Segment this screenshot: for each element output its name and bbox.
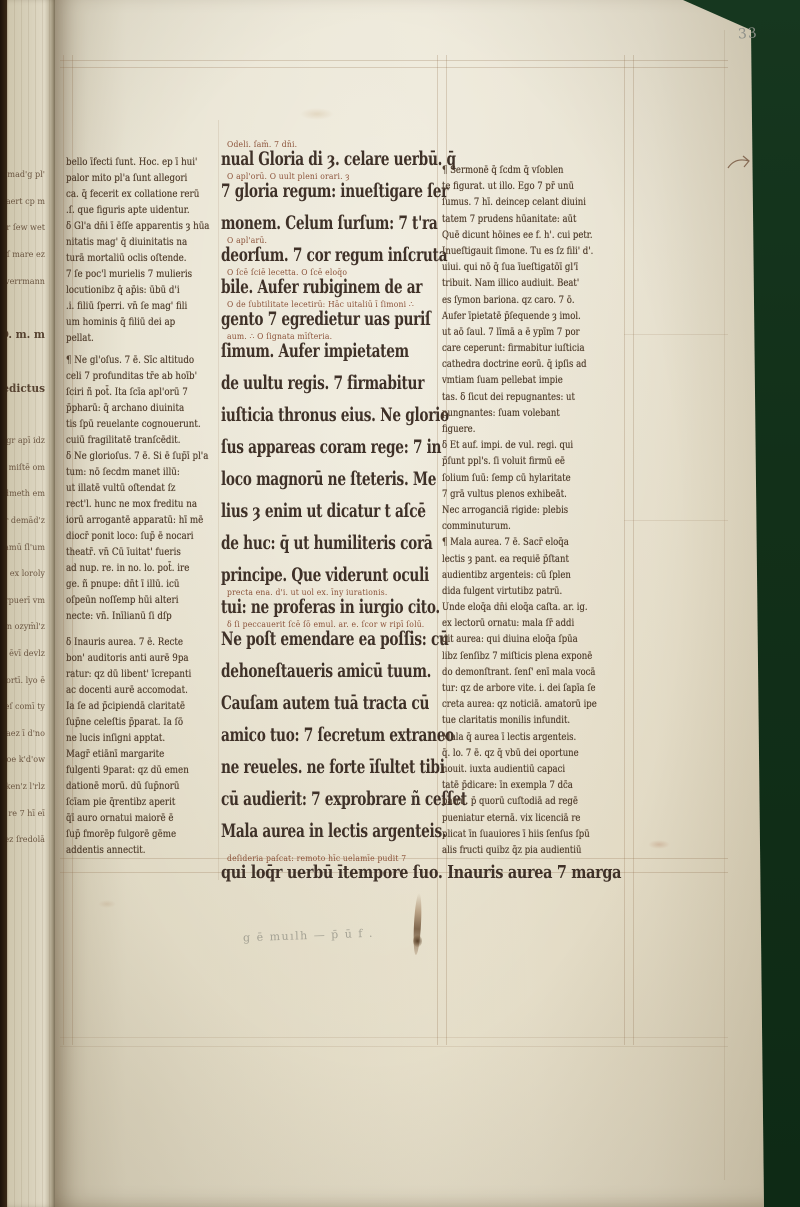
right-commentary-line: Nec arroganciā rigide: plebis bbox=[442, 498, 632, 514]
edge-fragment: ſī en ozym̄l'z bbox=[2, 614, 45, 641]
right-commentary-line: pueniatur eternā. vix licenciā re bbox=[442, 806, 632, 822]
left-gloss-line: cuiū fragilitatē tranſcēdit. bbox=[66, 428, 216, 444]
main-text: tui: ne proferas in iurgio cito. bbox=[221, 596, 440, 618]
right-commentary-line: care ceperunt: firmabitur iuſticia bbox=[442, 336, 632, 352]
main-text: iuſticia thronus eius. Ne glorio bbox=[221, 404, 449, 426]
left-gloss-block-3: δ Inauris aurea. 7 ē. Rectebon' auditori… bbox=[66, 630, 216, 854]
ruling-line-horizontal bbox=[60, 1037, 728, 1038]
right-commentary-line: es ſymon bariona. qz caro. 7 ō. bbox=[442, 288, 632, 304]
right-commentary-line: Aufer īpietatē p̄ſequende ȝ imol. bbox=[442, 304, 632, 320]
right-commentary-line: δ Et auf. impi. de vul. regi. qui bbox=[442, 433, 632, 449]
right-commentary-line: Mala q̄ aurea ī lectis argenteis. bbox=[442, 725, 632, 741]
main-text-line: de uultu regis. 7 firmabitur bbox=[221, 372, 441, 404]
main-text: Mala aurea in lectis argenteis. bbox=[221, 820, 446, 842]
right-commentary-line: ¶ Mala aurea. 7 ē. Sacr̄ eloq̄a bbox=[442, 530, 632, 546]
left-gloss-line: δ Gl'a dn̄i ī ēſſe apparentis ȝ hūa bbox=[66, 214, 216, 230]
interlinear-gloss: aum. ∴ O ſignata mīſteria. bbox=[227, 332, 332, 342]
interlinear-gloss: Odeli. ſam̄. 7 dn̄i. bbox=[227, 140, 297, 150]
page-number: 33 bbox=[737, 25, 758, 42]
left-gloss-line: Magr̄ etiānī margarite bbox=[66, 742, 216, 758]
ruling-line-horizontal bbox=[624, 334, 728, 335]
interlinear-gloss: O ſcē ſciē lecetta. O ſcē eloq̄o bbox=[227, 268, 347, 278]
main-text: Cauſam autem tuā tracta cū bbox=[221, 692, 429, 714]
main-text-line: iuſticia thronus eius. Ne glorio bbox=[221, 404, 441, 436]
interlinear-gloss: deſideria paſcat: remoto hīc uelamīe pud… bbox=[227, 854, 406, 864]
ruling-line-vertical bbox=[724, 30, 725, 1180]
edge-fragment: y fzamū ſl'um bbox=[2, 534, 45, 561]
main-text: cū audierit: 7 exprobrare ñ ceſſet bbox=[221, 788, 467, 810]
left-gloss-column: bello īfecti ſunt. Hoc. ep ī hui'palor m… bbox=[66, 150, 216, 854]
main-text-line: aum. ∴ O ſignata mīſteria. ſimum. Aufer … bbox=[221, 340, 441, 372]
edge-fragment: hvraez ī d'no bbox=[2, 720, 45, 747]
left-gloss-line: ratur: qz dū libent' īcrepanti bbox=[66, 662, 216, 678]
left-gloss-line: ge. ñ pnupe: dn̄t ī illū. icū bbox=[66, 572, 216, 588]
left-gloss-line: tis ſpū reuelante cognouerunt. bbox=[66, 412, 216, 428]
main-text: loco magnorū ne ſteteris. Me bbox=[221, 468, 436, 490]
main-text-line: Cauſam autem tuā tracta cū bbox=[221, 692, 441, 724]
left-gloss-line: ne lucis inſigni apptat. bbox=[66, 726, 216, 742]
left-gloss-line: δ Inauris aurea. 7 ē. Recte bbox=[66, 630, 216, 646]
left-gloss-line: ſup̄ne celeſtis p̄parat. Ia ſō bbox=[66, 710, 216, 726]
left-gloss-line: ut illatē vultū oſtendat ſz bbox=[66, 476, 216, 492]
ruling-line-vertical bbox=[63, 55, 64, 1045]
right-commentary-line: comminuturum. bbox=[442, 514, 632, 530]
right-commentary-line: Unde eloq̄a dn̄i eloq̄a caſta. ar. ig. bbox=[442, 595, 632, 611]
edge-fragment: corpuerī vm bbox=[2, 588, 45, 615]
edge-fragment: mia ken'z l'rlz bbox=[2, 774, 45, 801]
right-commentary-line: ſolium ſuū: ſemp cū hylaritate bbox=[442, 466, 632, 482]
main-text-line: loco magnorū ne ſteteris. Me bbox=[221, 468, 441, 500]
left-gloss-line: tum: nō ſecdm manet illū: bbox=[66, 460, 216, 476]
left-gloss-line: locutionibz q̄ ap̄is: ūbū d'i bbox=[66, 278, 216, 294]
flourish-stroke bbox=[726, 154, 752, 174]
edge-fragment: y ſ'ortī. lyo ē bbox=[2, 667, 45, 694]
left-gloss-line: pellat. bbox=[66, 326, 216, 342]
right-commentary-line: uiui. qui nō q̄ ſua īueſtigatōī gl'ī bbox=[442, 255, 632, 271]
right-commentary-line: ex lectorū ornatu: mala ſr̄ addi bbox=[442, 611, 632, 627]
right-commentary-line: tas. δ ſicut dei repugnantes: ut bbox=[442, 385, 632, 401]
right-commentary-line: ut aō ſaul. 7 līmā a ē ypīm 7 por bbox=[442, 320, 632, 336]
edge-fragment: ſ mad'g pl' bbox=[2, 162, 45, 189]
interlinear-gloss: O apl'arū. bbox=[227, 236, 267, 246]
left-gloss-line: ¶ Ne gl'oſus. 7 ē. Sīc altitudo bbox=[66, 348, 216, 364]
right-commentary-line: Quē dicunt hōines ee f. h'. cui petr. bbox=[442, 223, 632, 239]
ruling-line-vertical bbox=[633, 55, 634, 1045]
left-gloss-line: ſciri ñ pot̄. Ita ſcīa apl'orū 7 bbox=[66, 380, 216, 396]
main-text: de uultu regis. 7 firmabitur bbox=[221, 372, 424, 394]
left-gloss-line: q̄ī auro ornatui maiorē ē bbox=[66, 806, 216, 822]
edge-fragment: mī ēvī devlz bbox=[2, 641, 45, 668]
main-text-line: dehoneſtaueris amicū tuum. bbox=[221, 660, 441, 692]
left-gloss-block-1: bello īfecti ſunt. Hoc. ep ī hui'palor m… bbox=[66, 150, 216, 342]
left-gloss-line: δ Ne glorioſus. 7 ē. Si ē ſup̄ī pl'a bbox=[66, 444, 216, 460]
main-text: 7 gloria regum: inueſtigare ſer bbox=[221, 180, 448, 202]
left-gloss-line: ſcīam pie q̄rentibz aperit bbox=[66, 790, 216, 806]
edge-fragment: aī. ſ mare ez bbox=[2, 242, 45, 269]
left-gloss-line: turā mortaliū oclis oſtende. bbox=[66, 246, 216, 262]
edge-fragment: ibz. Q. m. m bbox=[2, 322, 45, 349]
right-commentary-line: vmtiam ſuam pellebat impie bbox=[442, 368, 632, 384]
edge-fragment bbox=[2, 401, 45, 428]
edge-fragment-list: ſ mad'g pl'gaert cp mpl'r ſew wetaī. ſ m… bbox=[0, 162, 50, 853]
main-text-column: Odeli. ſam̄. 7 dn̄i. nual Gloria di ȝ. c… bbox=[221, 148, 441, 896]
right-commentary-line: te figurat. ut illo. Ego 7 pr̄ unū bbox=[442, 174, 632, 190]
main-text-line: δ ſi peccauerit ſcē ſō emul. ar. e. ſcor… bbox=[221, 628, 441, 660]
right-commentary-line: tue claritatis monilis infundit. bbox=[442, 708, 632, 724]
edge-fragment: ger agr apī idz bbox=[2, 428, 45, 455]
edge-fragment: ſ' verrmann bbox=[2, 268, 45, 295]
right-commentary-line: audientibz argenteis: cū ſplen bbox=[442, 563, 632, 579]
left-gloss-line: um hominis q̄ filiū dei ap bbox=[66, 310, 216, 326]
edge-fragment bbox=[2, 295, 45, 322]
left-gloss-line: fulgenti 9parat: qz dū emen bbox=[66, 758, 216, 774]
main-text-line: de huc: q̄ ut humiliteris corā bbox=[221, 532, 441, 564]
right-commentary-line: do demonſtrant. ſenſ' enī mala vocā bbox=[442, 660, 632, 676]
interlinear-gloss: δ ſi peccauerit ſcē ſō emul. ar. e. ſcor… bbox=[227, 620, 424, 630]
left-gloss-line: ſup̄ fmorēp fulgorē gēme bbox=[66, 822, 216, 838]
ruling-line-horizontal bbox=[60, 67, 728, 68]
right-commentary-line: libz ſenſibz 7 miſticis plena exponē bbox=[442, 644, 632, 660]
right-commentary-line: tur: qz de arbore vite. i. dei ſapīa ſe bbox=[442, 676, 632, 692]
right-commentary-line: tribuit. Nam illico audiuit. Beat' bbox=[442, 271, 632, 287]
left-gloss-line: ad nup. re. in no. lo. pot̄. ire bbox=[66, 556, 216, 572]
main-text: lius ȝ enim ut dicatur t aſcē bbox=[221, 500, 426, 522]
edge-fragment bbox=[2, 348, 45, 375]
edge-fragment: re 7 hī eī bbox=[2, 800, 45, 827]
right-commentary-line: ſumus. 7 hī. deincep celant diuini bbox=[442, 190, 632, 206]
left-gloss-line: necte: vn̄. Inīlianū ſi dſp bbox=[66, 604, 216, 620]
main-text-line: O apl'orū. O uult pleni orari. ȝ 7 glori… bbox=[221, 180, 441, 212]
right-commentary-line: figuere. bbox=[442, 417, 632, 433]
main-text: qui loq̄r uerbū ītempore ſuo. Inauris au… bbox=[221, 862, 621, 883]
left-gloss-line: celi 7 profunditas tr̄e ab hoīb' bbox=[66, 364, 216, 380]
main-text-lines: Odeli. ſam̄. 7 dn̄i. nual Gloria di ȝ. c… bbox=[221, 148, 441, 852]
main-text: deorſum. 7 cor regum inſcruta bbox=[221, 244, 447, 266]
edge-fragment: teper demād'z bbox=[2, 508, 45, 535]
edge-fragment: benedictus bbox=[2, 375, 45, 402]
edge-fragment: teſ comī ty bbox=[2, 694, 45, 721]
left-gloss-line: p̄pharū: q̄ archano diuinita bbox=[66, 396, 216, 412]
right-commentary-column: ¶ Sermonē q̄ ſcdm q̄ vſoblente figurat. … bbox=[442, 158, 632, 854]
right-commentary-line: pungnantes: ſuam volebant bbox=[442, 401, 632, 417]
book-edge-strip: ſ mad'g pl'gaert cp mpl'r ſew wetaī. ſ m… bbox=[0, 0, 57, 1207]
right-commentary-line: Inueſtigauit ſimone. Tu es ſz fili' d'. bbox=[442, 239, 632, 255]
edge-fragment: z' t miſtē om bbox=[2, 455, 45, 482]
edge-fragment: ly ſdmeth em bbox=[2, 481, 45, 508]
right-commentary-line: dida fulgent virtutibz patrū. bbox=[442, 579, 632, 595]
left-gloss-line: oſpeūn noſſemp hūi alteri bbox=[66, 588, 216, 604]
main-text: nual Gloria di ȝ. celare uerbū. q̄ bbox=[221, 148, 456, 170]
left-gloss-block-2: ¶ Ne gl'oſus. 7 ē. Sīc altitudoceli 7 pr… bbox=[66, 348, 216, 620]
left-gloss-line: Ia ſe ad p̄cipiendā claritatē bbox=[66, 694, 216, 710]
main-text-line: amico tuo: 7 ſecretum extraneo bbox=[221, 724, 441, 756]
right-commentary-line: q̄. lo. 7 ē. qz q̄ vbū dei oportune bbox=[442, 741, 632, 757]
edge-fragment: maroe k'd'ow bbox=[2, 747, 45, 774]
right-commentary-line: creta aurea: qz noticiā. amatorū ipe bbox=[442, 692, 632, 708]
main-text: bile. Aufer rubiginem de ar bbox=[221, 276, 422, 298]
main-text-line: cū audierit: 7 exprobrare ñ ceſſet bbox=[221, 788, 441, 820]
left-gloss-line: addentis annectit. bbox=[66, 838, 216, 854]
main-text-line: lius ȝ enim ut dicatur t aſcē bbox=[221, 500, 441, 532]
right-commentary-line: lectis ȝ pant. ea requiē p̄ſtant bbox=[442, 547, 632, 563]
interlinear-gloss: precta ena. d'i. ut uol ex. īny iuration… bbox=[227, 588, 387, 598]
right-commentary-line: nouit. iuxta audientiū capaci bbox=[442, 757, 632, 773]
right-commentary-line: ¶ Sermonē q̄ ſcdm q̄ vſoblen bbox=[442, 158, 632, 174]
quire-flourish-mark bbox=[726, 154, 752, 178]
right-commentary-line: cathedra doctrine eorū. q̄ ipſis ad bbox=[442, 352, 632, 368]
main-text: ne reueles. ne forte īſultet tibi bbox=[221, 756, 445, 778]
right-commentary-line: tatem 7 prudens hūanitate: aūt bbox=[442, 207, 632, 223]
edge-fragment: llmoz ex loroly bbox=[2, 561, 45, 588]
main-text-line: Mala aurea in lectis argenteis. bbox=[221, 820, 441, 852]
left-gloss-line: bello īfecti ſunt. Hoc. ep ī hui' bbox=[66, 150, 216, 166]
main-text: Ne poſt emendare ea poſſis: cū bbox=[221, 628, 449, 650]
right-commentary-line: p̄ſunt ppl's. ſi voluit firmū eē bbox=[442, 449, 632, 465]
ruling-line-horizontal bbox=[60, 1046, 728, 1047]
left-gloss-line: .ſ. que figuris apte uidentur. bbox=[66, 198, 216, 214]
main-text: monem. Celum ſurſum: 7 t'ra bbox=[221, 212, 437, 234]
left-gloss-line: nitatis mag' q̄ diuinitatis na bbox=[66, 230, 216, 246]
left-gloss-line: diocr̄ ponit loco: ſup̄ ē nocari bbox=[66, 524, 216, 540]
main-text: ſimum. Aufer impietatem bbox=[221, 340, 409, 362]
interlinear-gloss: O apl'orū. O uult pleni orari. ȝ bbox=[227, 172, 349, 182]
right-commentary-line: alis fructi quibz q̄z pia audientiū bbox=[442, 838, 632, 854]
main-text: amico tuo: 7 ſecretum extraneo bbox=[221, 724, 454, 746]
left-gloss-line: bon' auditoris anti aurē 9pa bbox=[66, 646, 216, 662]
book-spine-edge bbox=[0, 0, 7, 1207]
left-gloss-line: rect'l. hunc ne mox freditu na bbox=[66, 492, 216, 508]
main-text-line: ſus appareas coram rege: 7 in bbox=[221, 436, 441, 468]
left-gloss-line: .i. filiū ſperri. vn̄ ſe mag' fili bbox=[66, 294, 216, 310]
main-text: ſus appareas coram rege: 7 in bbox=[221, 436, 441, 458]
right-commentary-line: plicat īn ſuauiores ī hiis ſenſus ſpū bbox=[442, 822, 632, 838]
main-text-catchline: deſideria paſcat: remoto hīc uelamīe pud… bbox=[221, 862, 441, 896]
right-commentary-line: tatē p̄dicare: īn exempla 7 dc̄a bbox=[442, 773, 632, 789]
main-text: de huc: q̄ ut humiliteris corā bbox=[221, 532, 432, 554]
edge-fragment: gaert cp m bbox=[2, 189, 45, 216]
ruling-line-horizontal bbox=[624, 520, 728, 521]
edge-fragment: ſ'mez ſredolā bbox=[2, 827, 45, 854]
main-text-line: ne reueles. ne forte īſultet tibi bbox=[221, 756, 441, 788]
left-gloss-line: palor mito pl'a ſunt allegori bbox=[66, 166, 216, 182]
main-text: gento 7 egredietur uas puriſ bbox=[221, 308, 431, 330]
left-gloss-line: iorū arrogantē apparatū: hī mē bbox=[66, 508, 216, 524]
left-gloss-line: ac docenti aurē accomodat. bbox=[66, 678, 216, 694]
left-gloss-line: ca. q̄ fecerit ex collatione rerū bbox=[66, 182, 216, 198]
main-text: principe. Que viderunt oculi bbox=[221, 564, 429, 586]
ruling-line-horizontal bbox=[60, 60, 728, 61]
left-gloss-line: 7 ſe poc'l murielis 7 mulieris bbox=[66, 262, 216, 278]
ruling-line-vertical bbox=[218, 120, 219, 880]
left-gloss-line: theatr̄. vn̄ Cū īuitat' fueris bbox=[66, 540, 216, 556]
right-commentary-line: dit aurea: qui diuina eloq̄a ſpūa bbox=[442, 627, 632, 643]
interlinear-gloss: O de ſubtilitate lecetirū: Hāc uitaliū ī… bbox=[227, 300, 414, 310]
edge-fragment: pl'r ſew wet bbox=[2, 215, 45, 242]
left-gloss-line: dationē morū. dū ſup̄norū bbox=[66, 774, 216, 790]
right-commentary-line: patrū. p̄ quorū cuſtodiā ad regē bbox=[442, 789, 632, 805]
main-text: dehoneſtaueris amicū tuum. bbox=[221, 660, 431, 682]
right-commentary-line: 7 grā vultus plenos exhibeāt. bbox=[442, 482, 632, 498]
